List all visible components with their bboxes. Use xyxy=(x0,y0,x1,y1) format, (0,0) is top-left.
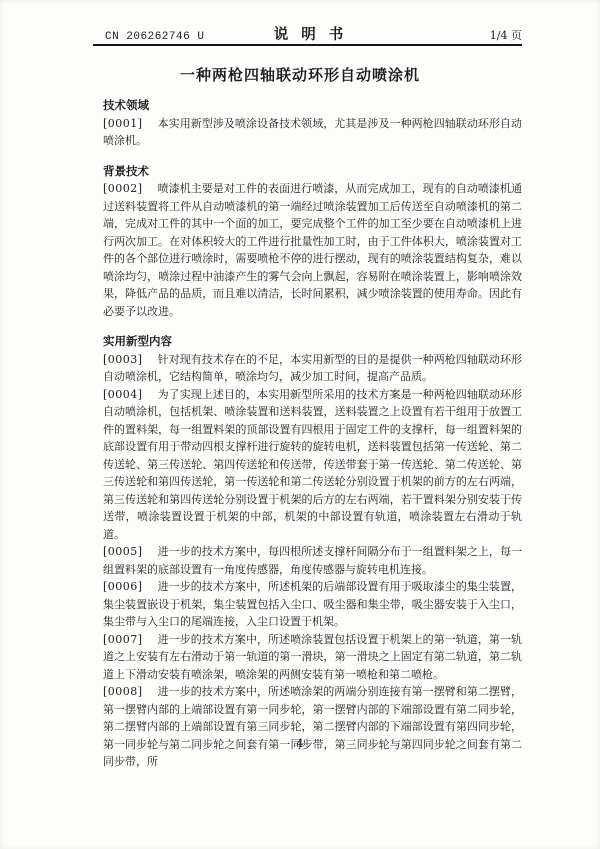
section-heading: 背景技术 xyxy=(103,163,522,181)
paragraph-text: 针对现有技术存在的不足，本实用新型的目的是提供一种两枪四轴联动环形自动喷涂机，它… xyxy=(103,353,522,384)
paragraph: [0004]为了实现上述目的，本实用新型所采用的技术方案是一种两枪四轴联动环形自… xyxy=(103,386,522,544)
header-divider xyxy=(93,44,522,46)
invention-title: 一种两枪四轴联动环形自动喷涂机 xyxy=(0,64,600,85)
paragraph: [0005]进一步的技术方案中，每四根所述支撑杆间隔分布于一组置料架之上，每一组… xyxy=(103,543,522,578)
section-heading: 技术领域 xyxy=(103,97,522,115)
paragraph-number: [0003] xyxy=(103,351,143,369)
paragraph-number: [0001] xyxy=(103,115,143,133)
paragraph-number: [0005] xyxy=(103,543,143,561)
section-utility-model-content: 实用新型内容 [0003]针对现有技术存在的不足，本实用新型的目的是提供一种两枪… xyxy=(103,333,522,771)
page-header: CN 206262746 U 说明书 1/4 页 xyxy=(95,27,522,43)
patent-specification-page: CN 206262746 U 说明书 1/4 页 一种两枪四轴联动环形自动喷涂机… xyxy=(0,0,600,849)
document-type-label: 说明书 xyxy=(95,23,522,44)
paragraph-number: [0006] xyxy=(103,578,143,596)
paragraph: [0007]进一步的技术方案中，所述喷涂装置包括设置于机架上的第一轨道，第一轨道… xyxy=(103,631,522,684)
section-heading: 实用新型内容 xyxy=(103,333,522,351)
paragraph-number: [0008] xyxy=(103,683,143,701)
paragraph: [0008]进一步的技术方案中，所述喷涂架的两端分别连接有第一摆臂和第二摆臂，第… xyxy=(103,683,522,771)
page-number: 4 xyxy=(0,737,600,750)
section-background-art: 背景技术 [0002]喷漆机主要是对工件的表面进行喷漆，从而完成加工，现有的自动… xyxy=(103,163,522,321)
paragraph-text: 进一步的技术方案中，所述喷涂装置包括设置于机架上的第一轨道，第一轨道之上安装有左… xyxy=(103,633,522,681)
paragraph-text: 本实用新型涉及喷涂设备技术领域，尤其是涉及一种两枪四轴联动环形自动喷涂机。 xyxy=(103,117,522,148)
paragraph-text: 进一步的技术方案中，所述机架的后端部设置有用于吸取漆尘的集尘装置，集尘装置嵌设于… xyxy=(103,580,522,628)
paragraph-text: 喷漆机主要是对工件的表面进行喷漆，从而完成加工，现有的自动喷漆机通过送料装置将工… xyxy=(103,182,522,318)
paragraph-text: 进一步的技术方案中，每四根所述支撑杆间隔分布于一组置料架之上，每一组置料架的底部… xyxy=(103,545,522,576)
paragraph: [0002]喷漆机主要是对工件的表面进行喷漆，从而完成加工，现有的自动喷漆机通过… xyxy=(103,180,522,320)
paragraph-number: [0004] xyxy=(103,386,143,404)
page-indicator: 1/4 页 xyxy=(490,27,522,43)
paragraph-number: [0007] xyxy=(103,631,143,649)
paragraph-number: [0002] xyxy=(103,180,143,198)
section-technical-field: 技术领域 [0001]本实用新型涉及喷涂设备技术领域，尤其是涉及一种两枪四轴联动… xyxy=(103,97,522,150)
specification-body: 技术领域 [0001]本实用新型涉及喷涂设备技术领域，尤其是涉及一种两枪四轴联动… xyxy=(103,97,522,771)
paragraph-text: 进一步的技术方案中，所述喷涂架的两端分别连接有第一摆臂和第二摆臂，第一摆臂内部的… xyxy=(103,685,522,768)
paragraph-text: 为了实现上述目的，本实用新型所采用的技术方案是一种两枪四轴联动环形自动喷涂机，包… xyxy=(103,388,522,541)
paragraph: [0003]针对现有技术存在的不足，本实用新型的目的是提供一种两枪四轴联动环形自… xyxy=(103,351,522,386)
paragraph: [0001]本实用新型涉及喷涂设备技术领域，尤其是涉及一种两枪四轴联动环形自动喷… xyxy=(103,115,522,150)
paragraph: [0006]进一步的技术方案中，所述机架的后端部设置有用于吸取漆尘的集尘装置，集… xyxy=(103,578,522,631)
